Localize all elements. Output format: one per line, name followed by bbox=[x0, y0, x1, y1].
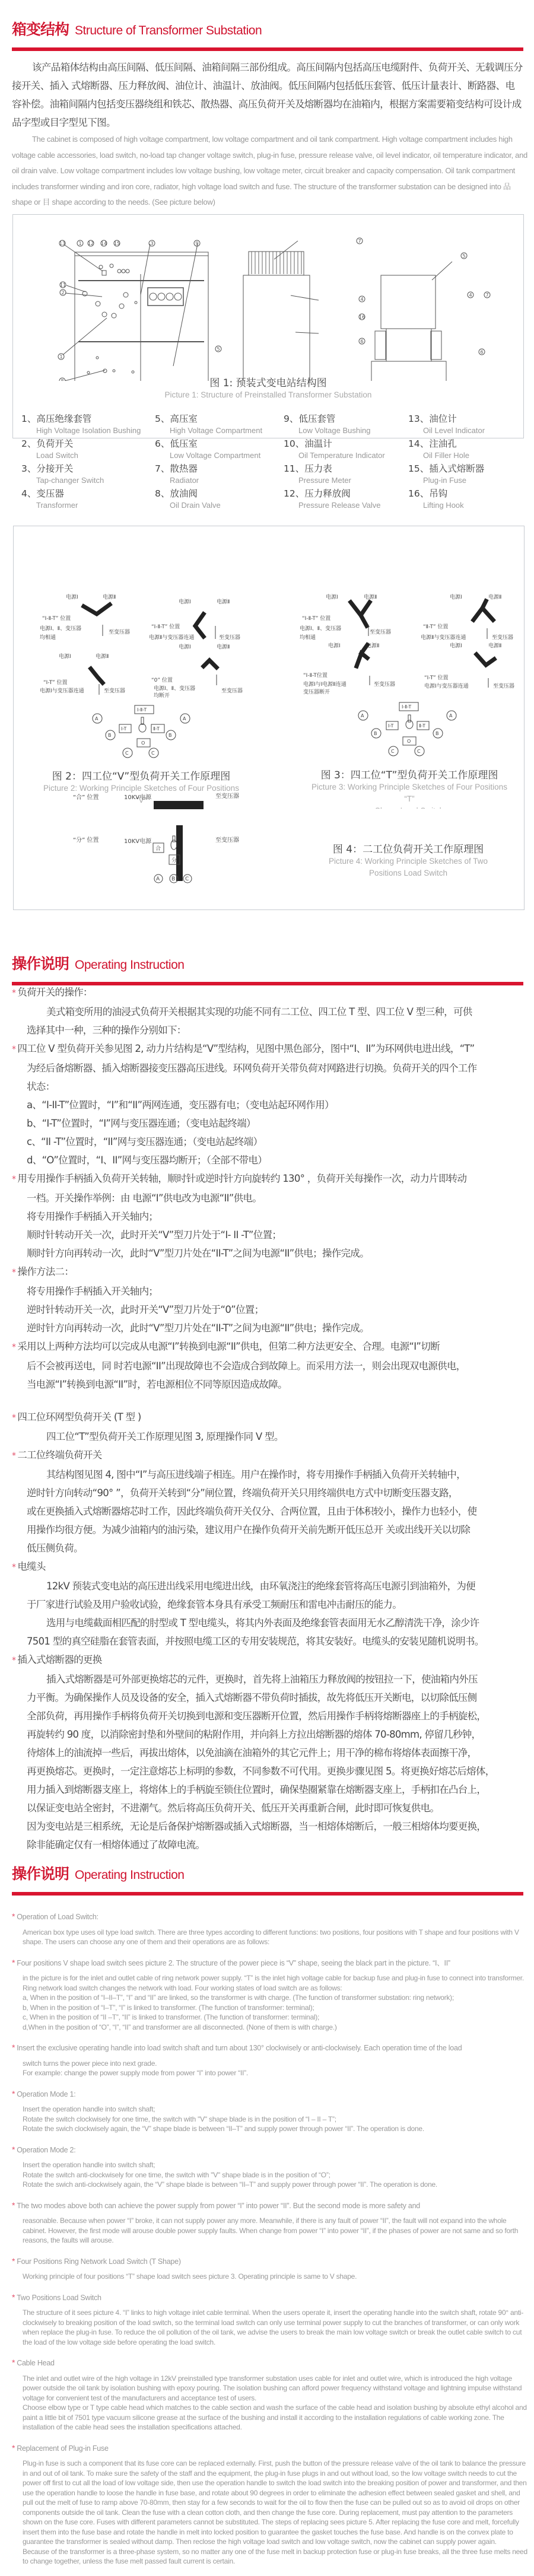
svg-text:1: 1 bbox=[59, 354, 62, 360]
instruction-group: *Operation of Load Switch:American box t… bbox=[12, 1912, 528, 1947]
asterisk-bullet-icon: * bbox=[12, 1175, 15, 1184]
transformer-structure-drawing: 13 1 12 14 15 3 9 11 2 1 8 7 4 16 5 6 5 … bbox=[13, 215, 523, 381]
instruction-text: Rotate the switch anti-clockwisely for o… bbox=[12, 2170, 528, 2180]
legend-item: 13、油位计Oil Level Indicator bbox=[408, 412, 527, 436]
svg-text:“合” 位置: “合” 位置 bbox=[73, 793, 99, 801]
svg-text:电源Ⅰ: 电源Ⅰ bbox=[450, 642, 462, 649]
instruction-line: c、“II -T”位置时，“II”网与变压器连通；（变电站起终端） bbox=[12, 1133, 528, 1151]
asterisk-bullet-icon: * bbox=[12, 2043, 15, 2052]
instruction-text: reasonable. Because when power “I” broke… bbox=[12, 2216, 528, 2246]
svg-text:电源Ⅰ: 电源Ⅰ bbox=[326, 593, 338, 600]
section-title-en: Structure of Transformer Substation bbox=[75, 24, 262, 37]
instruction-heading: *The two modes above both can achieve th… bbox=[12, 2200, 528, 2211]
operating-instructions-cn: *负荷开关的操作：美式箱变所用的油浸式负荷开关根据其实现的功能不同有二工位、四工… bbox=[12, 983, 528, 1854]
svg-text:均断开: 均断开 bbox=[154, 692, 170, 699]
instruction-text: Because of the transformer is a three-ph… bbox=[12, 2547, 528, 2567]
instruction-heading: *Operation Mode 1: bbox=[12, 2089, 528, 2100]
instruction-text: American box type uses oil type load swi… bbox=[12, 1928, 528, 1947]
structure-description-en: The cabinet is composed of high voltage … bbox=[12, 132, 528, 211]
operating-instructions-en: *Operation of Load Switch:American box t… bbox=[12, 1912, 528, 2576]
instruction-line: 7501 型的真空硅脂在套管表面，并按照电缆工区的专用安装规范，将其安装好。电缆… bbox=[12, 1632, 528, 1650]
instruction-text: Rotate the switch clockwisely for one ti… bbox=[12, 2114, 528, 2125]
instruction-group: *Four positions V shape load switch sees… bbox=[12, 1958, 528, 2033]
instruction-line: 或在更换插入式熔断器熔芯时工作，因此终端负荷开关仅分、合两位置，且由于体积较小，… bbox=[12, 1502, 528, 1521]
instruction-heading: *Operation Mode 2: bbox=[12, 2145, 528, 2155]
section-header-operating-en: 操作说明Operating Instruction bbox=[12, 1862, 523, 1896]
instruction-line: 选择其中一种，三种的操作分别如下： bbox=[12, 1021, 528, 1039]
svg-text:7: 7 bbox=[485, 292, 488, 298]
figure-1-legend: 1、高压绝缘套管High Voltage Isolation Bushing 5… bbox=[21, 412, 520, 511]
instruction-heading: *操作方法二： bbox=[12, 1262, 528, 1282]
instruction-group: *Four Positions Ring Network Load Switch… bbox=[12, 2256, 528, 2282]
instruction-line: 其结构图见图 4, 图中“I”与高压进线端子相连。用户在操作时，将专用操作手柄插… bbox=[12, 1465, 528, 1484]
legend-item: 1、高压绝缘套管High Voltage Isolation Bushing bbox=[21, 412, 155, 436]
svg-text:电源Ⅰ、Ⅱ、变压器: 电源Ⅰ、Ⅱ、变压器 bbox=[300, 625, 341, 632]
instruction-line: 后不会被再送电，同 时若电源“II”出现故障也不会造成合到故障上。而采用方法一，… bbox=[12, 1357, 528, 1375]
instruction-text: b, When in the position of “I–T”, “I” is… bbox=[12, 2003, 528, 2013]
asterisk-bullet-icon: * bbox=[12, 1563, 15, 1572]
figure-3-caption-cn: 图 3：四工位“T”型负荷开关工作原理图 bbox=[306, 767, 513, 781]
svg-text:至变压器: 至变压器 bbox=[219, 634, 240, 641]
legend-item: 10、油温计Oil Temperature Indicator bbox=[284, 437, 408, 461]
instruction-line: 低压侧负荷。 bbox=[12, 1539, 528, 1557]
svg-text:A: A bbox=[361, 713, 364, 718]
instruction-heading: *插入式熔断器的更换 bbox=[12, 1650, 528, 1670]
svg-text:至变压器: 至变压器 bbox=[492, 634, 513, 641]
instruction-text: The inlet and outlet wire of the high vo… bbox=[12, 2374, 528, 2403]
asterisk-bullet-icon: * bbox=[12, 1656, 15, 1665]
instruction-heading: *用专用操作手柄插入负荷开关转轴，顺时针或逆时针方向旋转约 130° ，负荷开关… bbox=[12, 1169, 528, 1189]
instruction-heading: *Replacement of Plug-in Fuse bbox=[12, 2443, 528, 2454]
instruction-heading: *Two Positions Load Switch bbox=[12, 2292, 528, 2303]
instruction-text: c, When in the position of “II –T”, “II”… bbox=[12, 2012, 528, 2022]
svg-text:C: C bbox=[391, 749, 395, 754]
svg-text:均相通: 均相通 bbox=[40, 634, 56, 641]
svg-text:4: 4 bbox=[360, 297, 363, 302]
instruction-line: 美式箱变所用的油浸式负荷开关根据其实现的功能不同有二工位、四工位 T 型、四工位… bbox=[12, 1003, 528, 1021]
instruction-text: Choose elbow type or T type cable head w… bbox=[12, 2403, 528, 2432]
instruction-line: 一档。开关操作举例：由 电源“I”供电改为电源“II”供电。 bbox=[12, 1189, 528, 1207]
instruction-text: Working principle of four positions “T” … bbox=[12, 2272, 528, 2282]
instruction-line bbox=[12, 1394, 528, 1408]
svg-text:电源Ⅰ: 电源Ⅰ bbox=[66, 593, 78, 600]
instruction-line: 用力插入到熔断器支座上，将熔体上的手柄旋至锁住位置时，确保垫圈紧靠在熔断器支座上… bbox=[12, 1780, 528, 1799]
svg-text:“分” 位置: “分” 位置 bbox=[73, 836, 99, 844]
svg-text:电源Ⅱ: 电源Ⅱ bbox=[364, 593, 377, 600]
svg-text:至变压器: 至变压器 bbox=[215, 792, 239, 800]
instruction-text: Plug-in fuse is such a component that it… bbox=[12, 2459, 528, 2547]
fig3-dial: Ⅰ-Ⅱ-T Ⅰ-T Ⅱ-T O A A B B C C bbox=[358, 702, 456, 756]
svg-text:电源Ⅱ: 电源Ⅱ bbox=[488, 642, 501, 649]
svg-text:电源Ⅱ: 电源Ⅱ bbox=[103, 593, 116, 600]
svg-text:9: 9 bbox=[195, 241, 198, 246]
svg-text:Ⅱ-T: Ⅱ-T bbox=[419, 723, 425, 729]
callout-numbers: 13 1 12 14 15 3 9 11 2 1 8 7 4 16 5 6 5 … bbox=[58, 238, 490, 381]
instruction-line: 再旋转约 90 度，以消除密封垫和外壁间的粘附作用，并向斜上方拉出熔断器的熔体 … bbox=[12, 1725, 528, 1744]
instruction-text: For example: change the power supply mod… bbox=[12, 2068, 528, 2078]
svg-text:B: B bbox=[169, 733, 172, 738]
instruction-group: *Operation Mode 1:Insert the operation h… bbox=[12, 2089, 528, 2134]
svg-text:B: B bbox=[171, 876, 175, 882]
svg-text:电源Ⅰ、Ⅱ、变压器: 电源Ⅰ、Ⅱ、变压器 bbox=[40, 625, 81, 632]
legend-item: 2、负荷开关Load Switch bbox=[21, 437, 155, 461]
svg-text:电源Ⅱ与变压器连通: 电源Ⅱ与变压器连通 bbox=[421, 634, 466, 641]
asterisk-bullet-icon: * bbox=[12, 1343, 15, 1352]
instruction-heading: *负荷开关的操作： bbox=[12, 983, 528, 1003]
svg-text:6: 6 bbox=[480, 349, 483, 355]
svg-text:16: 16 bbox=[359, 314, 365, 320]
svg-text:电源Ⅱ与变压器连通: 电源Ⅱ与变压器连通 bbox=[149, 634, 194, 641]
svg-text:电源Ⅰ、Ⅱ、变压器: 电源Ⅰ、Ⅱ、变压器 bbox=[154, 685, 195, 692]
asterisk-bullet-icon: * bbox=[12, 2292, 15, 2302]
asterisk-bullet-icon: * bbox=[12, 988, 15, 998]
instruction-group: *The two modes above both can achieve th… bbox=[12, 2200, 528, 2246]
svg-text:Ⅰ-T: Ⅰ-T bbox=[121, 726, 127, 732]
svg-text:1: 1 bbox=[78, 241, 81, 246]
svg-text:至变压器: 至变压器 bbox=[109, 628, 130, 635]
svg-text:至变压器: 至变压器 bbox=[374, 680, 395, 688]
svg-text:11: 11 bbox=[60, 282, 66, 288]
svg-text:“Ⅰ-Ⅱ-T” 位置: “Ⅰ-Ⅱ-T” 位置 bbox=[42, 615, 71, 622]
svg-text:C: C bbox=[185, 876, 189, 882]
svg-text:均相通: 均相通 bbox=[300, 634, 316, 641]
svg-text:O: O bbox=[407, 739, 411, 744]
svg-text:“Ⅰ-T” 位置: “Ⅰ-T” 位置 bbox=[43, 679, 68, 686]
asterisk-bullet-icon: * bbox=[12, 1268, 15, 1277]
instruction-text: a, When in the position of “I–II–T”, “I”… bbox=[12, 1993, 528, 2003]
asterisk-bullet-icon: * bbox=[12, 2145, 15, 2154]
svg-text:5: 5 bbox=[217, 346, 220, 352]
instruction-group: *Two Positions Load SwitchThe structure … bbox=[12, 2292, 528, 2348]
instruction-line: 12kV 预装式变电站的高压进出线采用电缆进出线，由环氧浇注的绝缘套管将高压电源… bbox=[12, 1577, 528, 1595]
instruction-line: 除非能确定仅有一相熔体通过了故障电流。 bbox=[12, 1836, 528, 1854]
svg-text:电源Ⅰ: 电源Ⅰ bbox=[450, 593, 462, 600]
instruction-group: *Insert the exclusive operating handle i… bbox=[12, 2043, 528, 2078]
svg-text:6: 6 bbox=[360, 339, 363, 344]
svg-text:“Ⅰ-Ⅱ-T” 位置: “Ⅰ-Ⅱ-T” 位置 bbox=[302, 615, 330, 622]
instruction-heading: *Four positions V shape load switch sees… bbox=[12, 1958, 528, 1968]
instruction-heading: *电缆头 bbox=[12, 1557, 528, 1577]
figure-1-panel: 13 1 12 14 15 3 9 11 2 1 8 7 4 16 5 6 5 … bbox=[12, 214, 524, 438]
instruction-heading: *二工位终端负荷开关 bbox=[12, 1446, 528, 1465]
svg-text:O: O bbox=[141, 740, 145, 746]
instruction-line: 待熔体上的油流掉一些后，再拔出熔体，以免油滴在油箱外的其它元件上；用干净的棉布将… bbox=[12, 1744, 528, 1762]
svg-text:12: 12 bbox=[88, 241, 94, 246]
svg-text:A: A bbox=[156, 876, 160, 882]
instruction-line: 逆时针转动开关一次，此时开关“V”型刀片处于“0”位置； bbox=[12, 1300, 528, 1319]
instruction-text: The structure of it sees picture 4. “I” … bbox=[12, 2308, 528, 2347]
instruction-heading: *四工位环网型负荷开关 (T 型 ) bbox=[12, 1408, 528, 1427]
instruction-heading: *Operation of Load Switch: bbox=[12, 1912, 528, 1922]
svg-text:10KV电源: 10KV电源 bbox=[124, 793, 152, 801]
svg-text:电源Ⅰ与变压器连通: 电源Ⅰ与变压器连通 bbox=[40, 687, 84, 694]
svg-text:15: 15 bbox=[114, 241, 120, 246]
svg-text:电源Ⅰ: 电源Ⅰ bbox=[179, 643, 191, 650]
legend-item: 7、散热器Radiator bbox=[155, 462, 284, 486]
instruction-line: 以保证变电站全密封，不进潮气。然后将高压负荷开关、低压开关再重新合闸，此时即可恢… bbox=[12, 1799, 528, 1817]
svg-text:电源Ⅱ: 电源Ⅱ bbox=[217, 643, 230, 650]
svg-text:至变压器: 至变压器 bbox=[493, 682, 514, 689]
instruction-text: d,When in the position of “O”, “I”, “II”… bbox=[12, 2022, 528, 2033]
figure-1-caption-cn: 图 1: 预装式变电站结构图 bbox=[13, 374, 523, 389]
asterisk-bullet-icon: * bbox=[12, 2200, 15, 2210]
instruction-line: 全部负荷，再用操作手柄将负荷开关切换到电源和变压器断开位置，然后用操作手柄将熔断… bbox=[12, 1707, 528, 1725]
instruction-text: Insert the operation handle into switch … bbox=[12, 2104, 528, 2114]
structure-description-cn: 该产品箱体结构由高压间隔、低压间隔、油箱间隔三部份组成。高压间隔内包括高压电缆附… bbox=[12, 58, 523, 132]
section-title-cn: 箱变结构 bbox=[12, 21, 69, 38]
svg-text:C: C bbox=[125, 750, 129, 756]
legend-item: 9、低压套管Low Voltage Bushing bbox=[284, 412, 408, 436]
svg-text:至变压器: 至变压器 bbox=[104, 687, 125, 694]
svg-text:A: A bbox=[449, 713, 453, 718]
figures-2-4-panel: 电源Ⅰ电源Ⅱ “Ⅰ-Ⅱ-T” 位置 电源Ⅰ、Ⅱ、变压器均相通 至变压器 电源Ⅰ电… bbox=[13, 526, 525, 809]
asterisk-bullet-icon: * bbox=[12, 1413, 15, 1423]
svg-text:C: C bbox=[417, 749, 421, 754]
instruction-line: b、“I-T”位置时，“I”网与变压器连通；（变电站起终端） bbox=[12, 1114, 528, 1133]
svg-text:变压器断开: 变压器断开 bbox=[303, 688, 330, 695]
svg-text:至变压器: 至变压器 bbox=[370, 628, 391, 635]
svg-text:2: 2 bbox=[61, 290, 64, 295]
legend-item: 4、变压器Transformer bbox=[21, 487, 155, 511]
instruction-line: 因为变电站是三相系统，无论是后备保护熔断器或插入式熔断器，当一相熔体熔断后，一般… bbox=[12, 1817, 528, 1836]
section-divider bbox=[12, 47, 523, 51]
figure-4-caption: 图 4：二工位负荷开关工作原理图 Picture 4: Working Prin… bbox=[304, 841, 512, 879]
instruction-line: 将专用操作手柄插入开关轴内； bbox=[12, 1282, 528, 1300]
legend-item: 6、低压室Low Voltage Compartment bbox=[155, 437, 284, 461]
instruction-heading: *Insert the exclusive operating handle i… bbox=[12, 2043, 528, 2053]
legend-item: 14、注油孔Oil Filler Hole bbox=[408, 437, 527, 461]
asterisk-bullet-icon: * bbox=[12, 2256, 15, 2266]
instruction-line: 顺时针转动开关一次，此时开关“V”型刀片处于“I- II -T”位置； bbox=[12, 1226, 528, 1244]
instruction-text: Insert the operation handle into switch … bbox=[12, 2160, 528, 2170]
asterisk-bullet-icon: * bbox=[12, 2443, 15, 2453]
asterisk-bullet-icon: * bbox=[12, 1451, 15, 1461]
svg-text:电源Ⅰ: 电源Ⅰ bbox=[179, 598, 191, 605]
legend-item: 5、高压室High Voltage Compartment bbox=[155, 412, 284, 436]
legend-item: 11、压力表Pressure Meter bbox=[284, 462, 408, 486]
instruction-group: *Replacement of Plug-in FusePlug-in fuse… bbox=[12, 2443, 528, 2567]
svg-text:“Ⅱ-T” 位置: “Ⅱ-T” 位置 bbox=[423, 623, 448, 630]
instruction-group: *Operation Mode 2:Insert the operation h… bbox=[12, 2145, 528, 2190]
instruction-line: 再更换熔芯。更换时，一定注意熔芯上标明的参数，不同参数不可代用。更换步骤见图 5… bbox=[12, 1762, 528, 1780]
svg-text:电源Ⅰ: 电源Ⅰ bbox=[328, 642, 341, 649]
instruction-line: 状态： bbox=[12, 1077, 528, 1096]
svg-text:“Ⅰ-Ⅱ-T” 位置: “Ⅰ-Ⅱ-T” 位置 bbox=[151, 623, 180, 630]
figure-4-panel: “合” 位置 10KV电源 至变压器 “分” 位置 10KV电源 至变压器 合 … bbox=[13, 809, 525, 910]
instruction-line: a、“I-II-T”位置时，“I”和“II”两网连通，变压器有电；（变电站起环网… bbox=[12, 1096, 528, 1114]
svg-text:B: B bbox=[108, 733, 112, 738]
svg-text:Ⅱ-T: Ⅱ-T bbox=[153, 726, 160, 732]
instruction-line: 四工位“T”型负荷开关工作原理见图 3, 原理操作同 V 型。 bbox=[12, 1427, 528, 1446]
legend-item: 15、插入式熔断器Plug-in Fuse bbox=[408, 462, 527, 486]
svg-text:“Ⅰ-Ⅱ-T位置: “Ⅰ-Ⅱ-T位置 bbox=[303, 672, 328, 679]
instruction-line: d、“O”位置时，“I、II”网与变压器均断开；（全部不带电） bbox=[12, 1151, 528, 1169]
section-header-structure: 箱变结构Structure of Transformer Substation bbox=[12, 18, 523, 51]
svg-text:电源Ⅰ与Ⅰ电源Ⅱ连通: 电源Ⅰ与Ⅰ电源Ⅱ连通 bbox=[303, 680, 347, 688]
svg-text:10KV电源: 10KV电源 bbox=[124, 837, 152, 845]
instruction-line: 逆时针方向转动“90° ”，负荷开关转到“分”闸位置，终端负荷开关只用终端供电方… bbox=[12, 1484, 528, 1502]
instruction-line: 插入式熔断器是可外部更换熔芯的元件，更换时，首先将上油箱压力释放阀的按钮拉一下，… bbox=[12, 1670, 528, 1688]
instruction-line: 将专用操作手柄插入开关轴内； bbox=[12, 1207, 528, 1226]
svg-text:B: B bbox=[374, 731, 377, 736]
legend-item: 12、压力释放阀Pressure Release Valve bbox=[284, 487, 408, 511]
instruction-text: in the picture is for the inlet and outl… bbox=[12, 1973, 528, 1993]
svg-text:14: 14 bbox=[101, 241, 107, 246]
asterisk-bullet-icon: * bbox=[12, 1958, 15, 1967]
legend-item: 8、放油阀Oil Drain Valve bbox=[155, 487, 284, 511]
instruction-heading: *采用以上两种方法均可以完成从电源“I”转换到电源“II”供电，但第二种方法更安… bbox=[12, 1337, 528, 1357]
svg-text:电源Ⅱ: 电源Ⅱ bbox=[96, 653, 109, 660]
svg-text:电源Ⅱ: 电源Ⅱ bbox=[217, 598, 230, 605]
figure-1-caption-en: Picture 1: Structure of Preinstalled Tra… bbox=[13, 389, 523, 401]
instruction-line: 选用与电缆截面相匹配的肘型或 T 型电缆头，将其内外表面及绝缘套管表面用无水乙醇… bbox=[12, 1614, 528, 1632]
svg-text:C: C bbox=[151, 750, 155, 756]
section-header-operating-cn: 操作说明Operating Instruction bbox=[12, 952, 523, 985]
svg-text:合: 合 bbox=[155, 845, 161, 852]
svg-text:“0” 位置: “0” 位置 bbox=[151, 676, 173, 683]
asterisk-bullet-icon: * bbox=[12, 2089, 15, 2098]
instruction-line: 当电源“I”转换到电源“II”时，若电源相位不同等原因造成故障。 bbox=[12, 1375, 528, 1394]
instruction-line: 顺时针方向再转动一次，此时“V”型刀片处在“II-T”之间为电源“II”供电；操… bbox=[12, 1244, 528, 1262]
instruction-line: 于厂家进行试验及用户验收试验，绝缘套管本身具有承受工频耐压和雷电冲击耐压的能力。 bbox=[12, 1595, 528, 1614]
asterisk-bullet-icon: * bbox=[12, 1045, 15, 1054]
instruction-heading: *Cable Head bbox=[12, 2358, 528, 2368]
svg-text:3: 3 bbox=[150, 241, 153, 246]
instruction-line: 力平衡。为确保操作人员及设备的安全，插入式熔断器不带负荷时插拔，故先将低压开关断… bbox=[12, 1688, 528, 1707]
svg-text:电源Ⅱ: 电源Ⅱ bbox=[488, 593, 501, 600]
svg-text:4: 4 bbox=[469, 292, 472, 298]
svg-text:分: 分 bbox=[171, 857, 177, 864]
legend-item: 16、吊钩Lifting Hook bbox=[408, 487, 527, 511]
svg-text:13: 13 bbox=[59, 241, 65, 246]
svg-text:7: 7 bbox=[358, 238, 361, 244]
asterisk-bullet-icon: * bbox=[12, 2358, 15, 2367]
instruction-line: 用操作均很方便。为减少油箱内的油污染，建议用户在操作负荷开关前先断开低压总开 关… bbox=[12, 1521, 528, 1539]
svg-text:至变压器: 至变压器 bbox=[221, 687, 243, 694]
svg-text:A: A bbox=[183, 716, 186, 721]
fig4-dial: 合 分 A B C bbox=[150, 834, 328, 905]
instruction-text: switch turns the power piece into next g… bbox=[12, 2059, 528, 2069]
instruction-heading: *四工位 V 型负荷开关参见图 2, 动力片结构是“V”型结构，见图中黑色部分，… bbox=[12, 1039, 528, 1059]
legend-item: 3、分接开关Tap-changer Switch bbox=[21, 462, 155, 486]
instruction-text: Rotate the swich clockwisely again, the … bbox=[12, 2124, 528, 2134]
svg-text:A: A bbox=[95, 716, 98, 721]
svg-text:Ⅰ-Ⅱ-T: Ⅰ-Ⅱ-T bbox=[137, 707, 147, 713]
figure-1-caption: 图 1: 预装式变电站结构图 Picture 1: Structure of P… bbox=[13, 374, 523, 401]
instruction-text: Rotate the swich anti-clockwisely again,… bbox=[12, 2180, 528, 2190]
svg-text:“Ⅰ-T” 位置: “Ⅰ-T” 位置 bbox=[424, 674, 449, 681]
fig2-dial: Ⅰ-Ⅱ-T Ⅰ-T Ⅱ-T O A A B B C C bbox=[93, 705, 190, 758]
instruction-line: 逆时针方向再转动一次，此时“V”型刀片处在“II-T”之间为电源“II”供电；操… bbox=[12, 1319, 528, 1337]
svg-text:Ⅰ-T: Ⅰ-T bbox=[388, 723, 394, 729]
asterisk-bullet-icon: * bbox=[12, 1912, 15, 1921]
svg-text:电源Ⅰ与变压器连通: 电源Ⅰ与变压器连通 bbox=[424, 682, 469, 689]
svg-text:5: 5 bbox=[462, 253, 465, 259]
instruction-group: *Cable HeadThe inlet and outlet wire of … bbox=[12, 2358, 528, 2432]
svg-text:B: B bbox=[436, 731, 439, 736]
instruction-heading: *Four Positions Ring Network Load Switch… bbox=[12, 2256, 528, 2267]
instruction-line: 为经后备熔断器、插入熔断器接变压器高压进线。环网负荷开关带负荷对网路进行切换。负… bbox=[12, 1059, 528, 1077]
svg-text:电源Ⅰ: 电源Ⅰ bbox=[59, 653, 71, 660]
figure-4-caption-cn: 图 4：二工位负荷开关工作原理图 bbox=[304, 841, 512, 856]
svg-text:Ⅰ-Ⅱ-T: Ⅰ-Ⅱ-T bbox=[402, 704, 411, 710]
